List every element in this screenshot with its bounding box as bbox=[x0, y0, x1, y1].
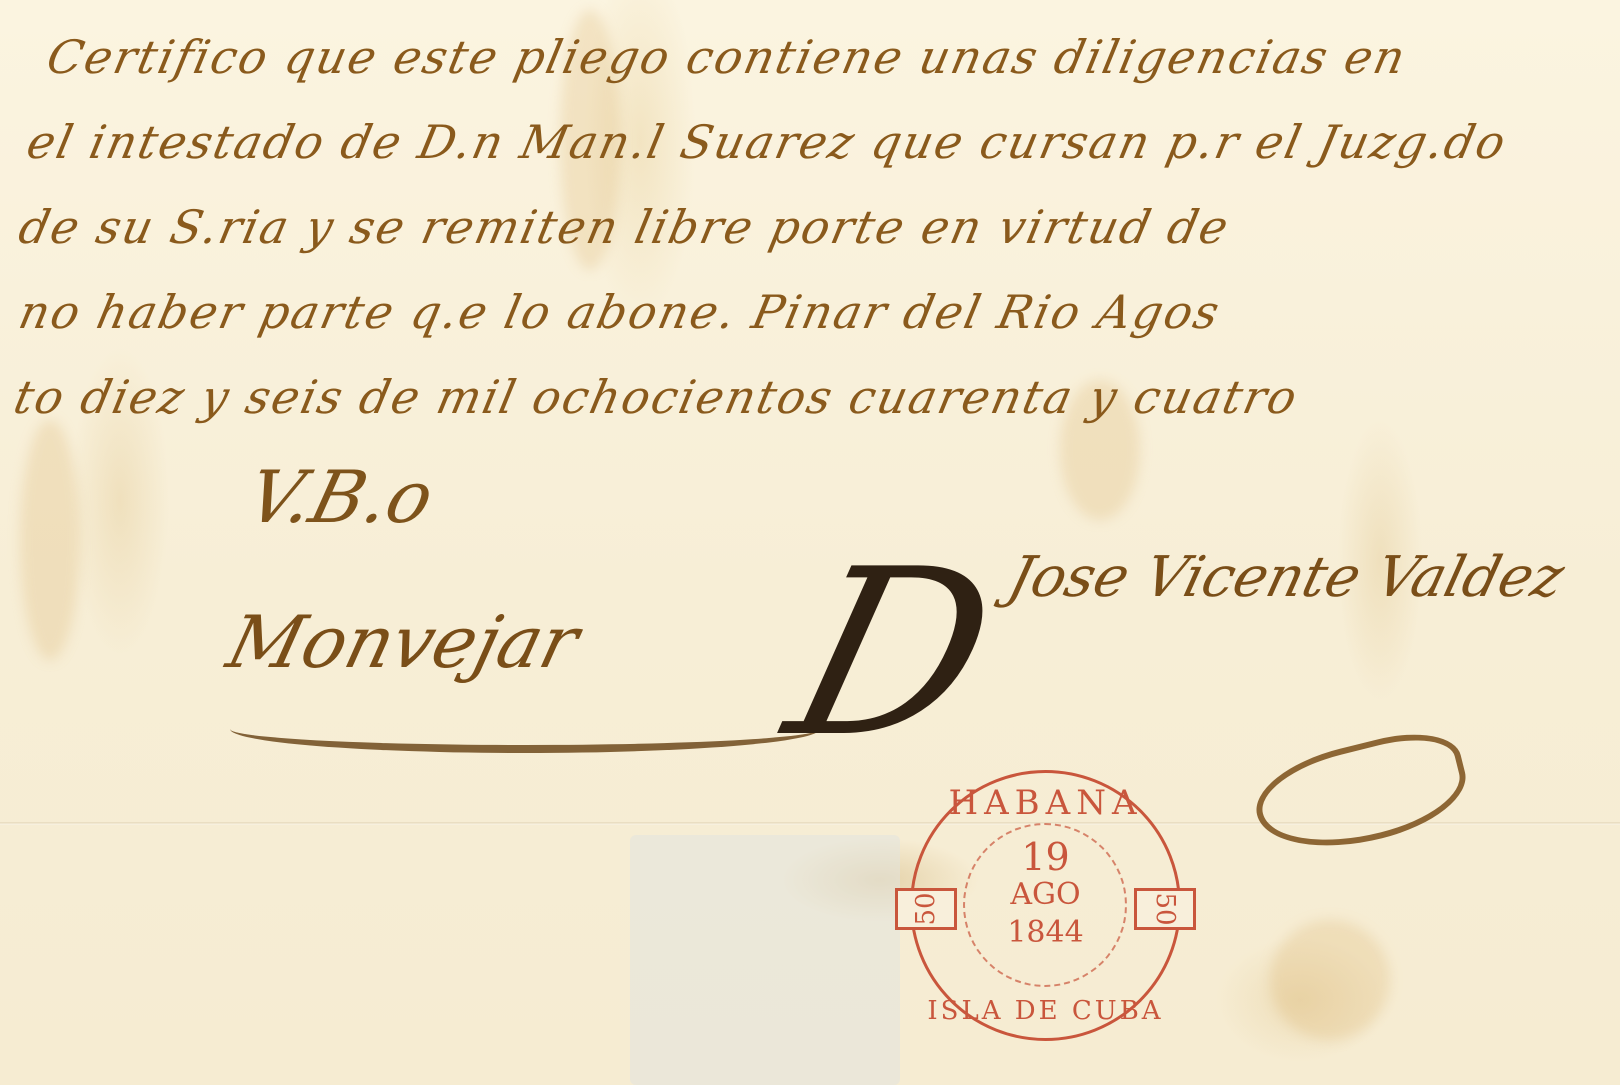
signature-valdez: Jose Vicente Valdez bbox=[1002, 545, 1571, 610]
approval-mark: V.B.o bbox=[240, 455, 442, 539]
postmark-stamp: HABANA 19 AGO 1844 ISLA DE CUBA 50 50 bbox=[910, 770, 1181, 1041]
signature-underline-flourish bbox=[230, 705, 820, 753]
signature-rubric bbox=[1246, 721, 1475, 866]
signature-monvejar: Monvejar bbox=[220, 600, 587, 684]
body-line-4: no haber parte q.e lo abone. Pinar del R… bbox=[14, 285, 1226, 339]
postmark-right-box: 50 bbox=[1134, 888, 1196, 930]
body-line-1: Certifico que este pliego contiene unas … bbox=[42, 30, 1412, 84]
body-line-2: el intestado de D.n Man.l Suarez que cur… bbox=[22, 115, 1512, 169]
postmark-left-box: 50 bbox=[895, 888, 957, 930]
ink-stain bbox=[1270, 920, 1390, 1040]
initial-flourish: D bbox=[771, 540, 1013, 770]
postmark-region: ISLA DE CUBA bbox=[913, 996, 1178, 1026]
ink-stain bbox=[20, 420, 80, 660]
body-line-3: de su S.ria y se remiten libre porte en … bbox=[14, 200, 1235, 254]
letter-sheet: Certifico que este pliego contiene unas … bbox=[0, 0, 1620, 1085]
paper-discoloration bbox=[630, 835, 900, 1085]
postmark-day: 19 bbox=[913, 835, 1178, 879]
body-line-5: to diez y seis de mil ochocientos cuaren… bbox=[9, 370, 1303, 424]
postmark-city: HABANA bbox=[913, 783, 1178, 823]
